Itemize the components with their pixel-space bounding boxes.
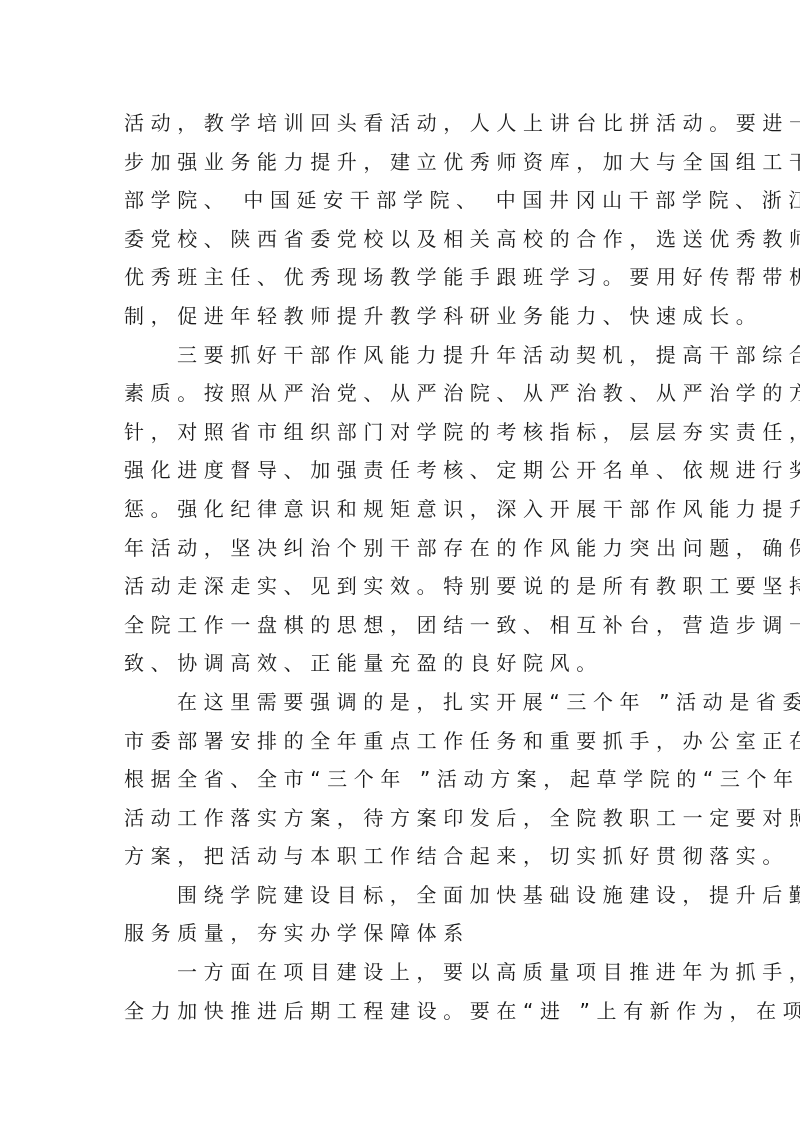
paragraph-start-line: 在这里需要强调的是，扎实开展“三个年 ”活动是省委、 — [124, 683, 686, 722]
text-line: 素质。按照从严治党、从严治院、从严治教、从严治学的方 — [124, 374, 686, 413]
section-heading-line: 服务质量，夯实办学保障体系 — [124, 914, 686, 953]
text-line: 委党校、陕西省委党校以及相关高校的合作，选送优秀教师、 — [124, 220, 686, 259]
text-line: 强化进度督导、加强责任考核、定期公开名单、依规进行奖 — [124, 451, 686, 490]
text-line: 活动工作落实方案，待方案印发后，全院教职工一定要对照 — [124, 799, 686, 838]
text-line: 优秀班主任、优秀现场教学能手跟班学习。要用好传帮带机 — [124, 258, 686, 297]
text-line: 活动，教学培训回头看活动，人人上讲台比拼活动。要进一 — [124, 104, 686, 143]
text-line: 全力加快推进后期工程建设。要在“进 ”上有新作为，在项 — [124, 992, 686, 1031]
text-line: 步加强业务能力提升，建立优秀师资库，加大与全国组工干 — [124, 143, 686, 182]
text-line: 制，促进年轻教师提升教学科研业务能力、快速成长。 — [124, 297, 686, 336]
paragraph-start-line: 三要抓好干部作风能力提升年活动契机，提高干部综合 — [124, 336, 686, 375]
text-line: 部学院、 中国延安干部学院、 中国井冈山干部学院、浙江省 — [124, 181, 686, 220]
text-line: 致、协调高效、正能量充盈的良好院风。 — [124, 644, 686, 683]
section-heading-line: 围绕学院建设目标，全面加快基础设施建设，提升后勤 — [124, 876, 686, 915]
paragraph-start-line: 一方面在项目建设上，要以高质量项目推进年为抓手， — [124, 953, 686, 992]
text-line: 根据全省、全市“三个年 ”活动方案，起草学院的“三个年 ” — [124, 760, 686, 799]
document-body: 活动，教学培训回头看活动，人人上讲台比拼活动。要进一 步加强业务能力提升，建立优… — [124, 104, 686, 1030]
document-page: 活动，教学培训回头看活动，人人上讲台比拼活动。要进一 步加强业务能力提升，建立优… — [0, 0, 800, 1131]
text-line: 市委部署安排的全年重点工作任务和重要抓手，办公室正在 — [124, 722, 686, 761]
text-line: 活动走深走实、见到实效。特别要说的是所有教职工要坚持 — [124, 567, 686, 606]
text-line: 方案，把活动与本职工作结合起来，切实抓好贯彻落实。 — [124, 837, 686, 876]
text-line: 针，对照省市组织部门对学院的考核指标，层层夯实责任， — [124, 413, 686, 452]
text-line: 全院工作一盘棋的思想，团结一致、相互补台，营造步调一 — [124, 606, 686, 645]
text-line: 惩。强化纪律意识和规矩意识，深入开展干部作风能力提升 — [124, 490, 686, 529]
text-line: 年活动，坚决纠治个别干部存在的作风能力突出问题，确保 — [124, 529, 686, 568]
